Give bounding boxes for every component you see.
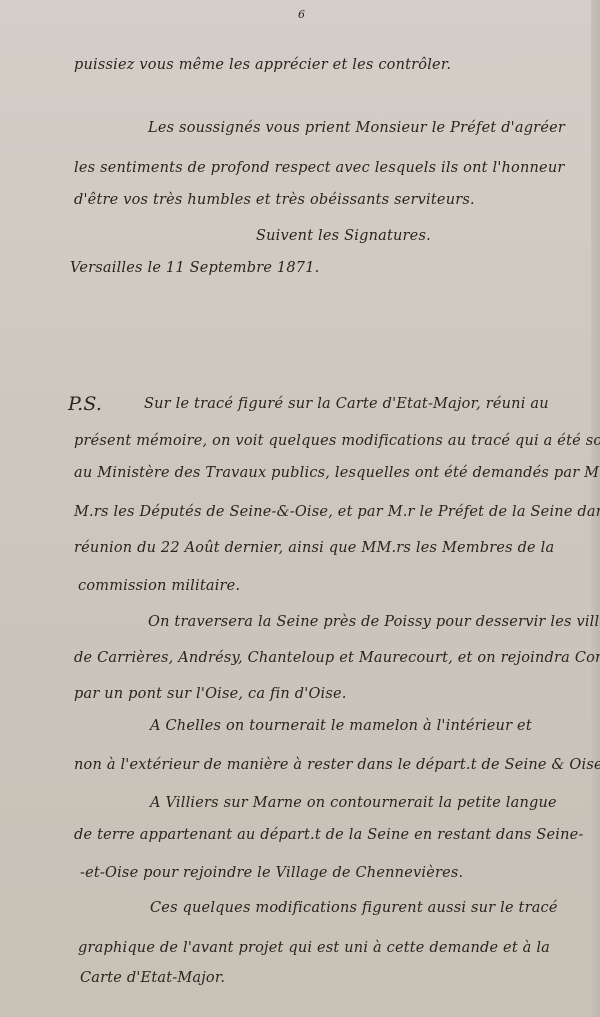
ps-line: présent mémoire, on voit quelques modifi… (74, 433, 600, 449)
closing-line: les sentiments de profond respect avec l… (74, 160, 565, 176)
ps-line: A Chelles on tournerait le mamelon à l'i… (150, 718, 532, 734)
top-line: puissiez vous même les apprécier et les … (74, 57, 451, 73)
ps-line: Ces quelques modifications figurent auss… (150, 900, 558, 916)
ps-line: A Villiers sur Marne on contournerait la… (150, 795, 557, 811)
ps-line: de terre appartenant au départ.t de la S… (74, 827, 584, 843)
date-line: Versailles le 11 Septembre 1871. (70, 260, 319, 276)
ps-line: non à l'extérieur de manière à rester da… (74, 757, 600, 773)
ps-line: par un pont sur l'Oise, ca fin d'Oise. (74, 686, 347, 702)
page-number: 6 (298, 8, 305, 21)
ps-line: Sur le tracé figuré sur la Carte d'Etat-… (144, 396, 549, 412)
closing-line: d'être vos très humbles et très obéissan… (74, 192, 475, 208)
ps-line: On traversera la Seine près de Poissy po… (148, 614, 600, 630)
ps-line: réunion du 22 Août dernier, ainsi que MM… (74, 540, 554, 556)
ps-line: Carte d'Etat-Major. (80, 970, 225, 986)
closing-line: Les soussignés vous prient Monsieur le P… (148, 120, 565, 136)
postscript-label: P.S. (68, 393, 102, 415)
ps-line: graphique de l'avant projet qui est uni … (78, 940, 550, 956)
ps-line: M.rs les Députés de Seine-&-Oise, et par… (74, 504, 600, 520)
ps-line: commission militaire. (78, 578, 240, 594)
manuscript-page: 6 puissiez vous même les apprécier et le… (0, 0, 600, 1017)
ps-line: -et-Oise pour rejoindre le Village de Ch… (80, 865, 463, 881)
ps-line: au Ministère des Travaux publics, lesque… (74, 465, 599, 481)
signatures-line: Suivent les Signatures. (256, 228, 431, 244)
ps-line: de Carrières, Andrésy, Chanteloup et Mau… (74, 650, 600, 666)
